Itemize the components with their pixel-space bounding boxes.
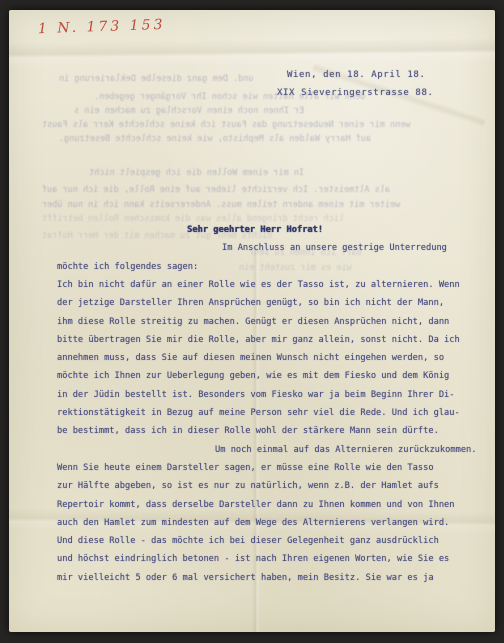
letter-line: Wenn Sie heute einem Darsteller sagen, e… xyxy=(57,463,434,473)
letter-line: bitte übertragen Sie mir die Rolle, aber… xyxy=(57,335,460,345)
letter-line: möchte ich Ihnen zur Ueberlegung geben, … xyxy=(57,371,449,381)
letter-line: be bestimmt, dass ich in dieser Rolle wo… xyxy=(57,426,439,436)
letter-line: der jetzige Darsteller Ihren Ansprüchen … xyxy=(57,298,444,308)
letter-line: annehmen muss, dass Sie auf diesen meine… xyxy=(57,353,444,363)
salutation: Sehr geehrter Herr Hofrat! xyxy=(187,225,323,235)
letter-line: zur Hälfte abgeben, so ist es nur zu nat… xyxy=(57,481,439,491)
letter-line: möchte ich folgendes sagen: xyxy=(57,262,198,272)
letter-page: und. Dem ganz dieselbe Deklarierung inde… xyxy=(9,10,495,632)
letter-line: Ich bin nicht dafür an einer Rolle wie e… xyxy=(57,280,460,290)
letter-line: rektionstätigkeit in Bezug auf meine Per… xyxy=(57,408,460,418)
letter-line: Und diese Rolle - das möchte ich bei die… xyxy=(57,536,439,546)
letter-line: Im Anschluss an unsere gestrige Unterred… xyxy=(222,243,447,253)
scan-background: und. Dem ganz dieselbe Deklarierung inde… xyxy=(0,0,504,643)
letter-line: und höchst eindringlich betonen - ist na… xyxy=(57,554,449,564)
letter-line: ihm diese Rolle streitig zu machen. Genü… xyxy=(57,317,449,327)
letter-body: Sehr geehrter Herr Hofrat!Im Anschluss a… xyxy=(9,10,495,632)
letter-line: mir vielleicht 5 oder 6 mal versichert h… xyxy=(57,573,434,583)
letter-line: Repertoir kommt, dass derselbe Darstelle… xyxy=(57,500,455,510)
letter-line: auch den Hamlet zum mindesten auf dem We… xyxy=(57,518,449,528)
letter-line: in der Jüdin bestellt ist. Besonders vom… xyxy=(57,390,455,400)
letter-line: Um noch einmal auf das Alternieren zurüc… xyxy=(215,445,477,455)
